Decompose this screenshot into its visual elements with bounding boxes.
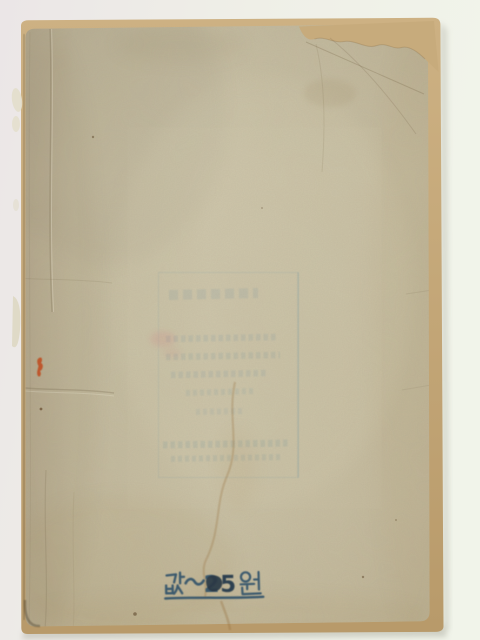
photo-book-back-cover: 2 5	[0, 0, 480, 640]
ghost-text-row	[166, 337, 276, 339]
photo-canvas: 2 5	[0, 0, 480, 640]
red-ink-smudge	[150, 331, 176, 347]
cover-aging	[0, 0, 452, 638]
price-digit-second: 5	[220, 572, 236, 598]
